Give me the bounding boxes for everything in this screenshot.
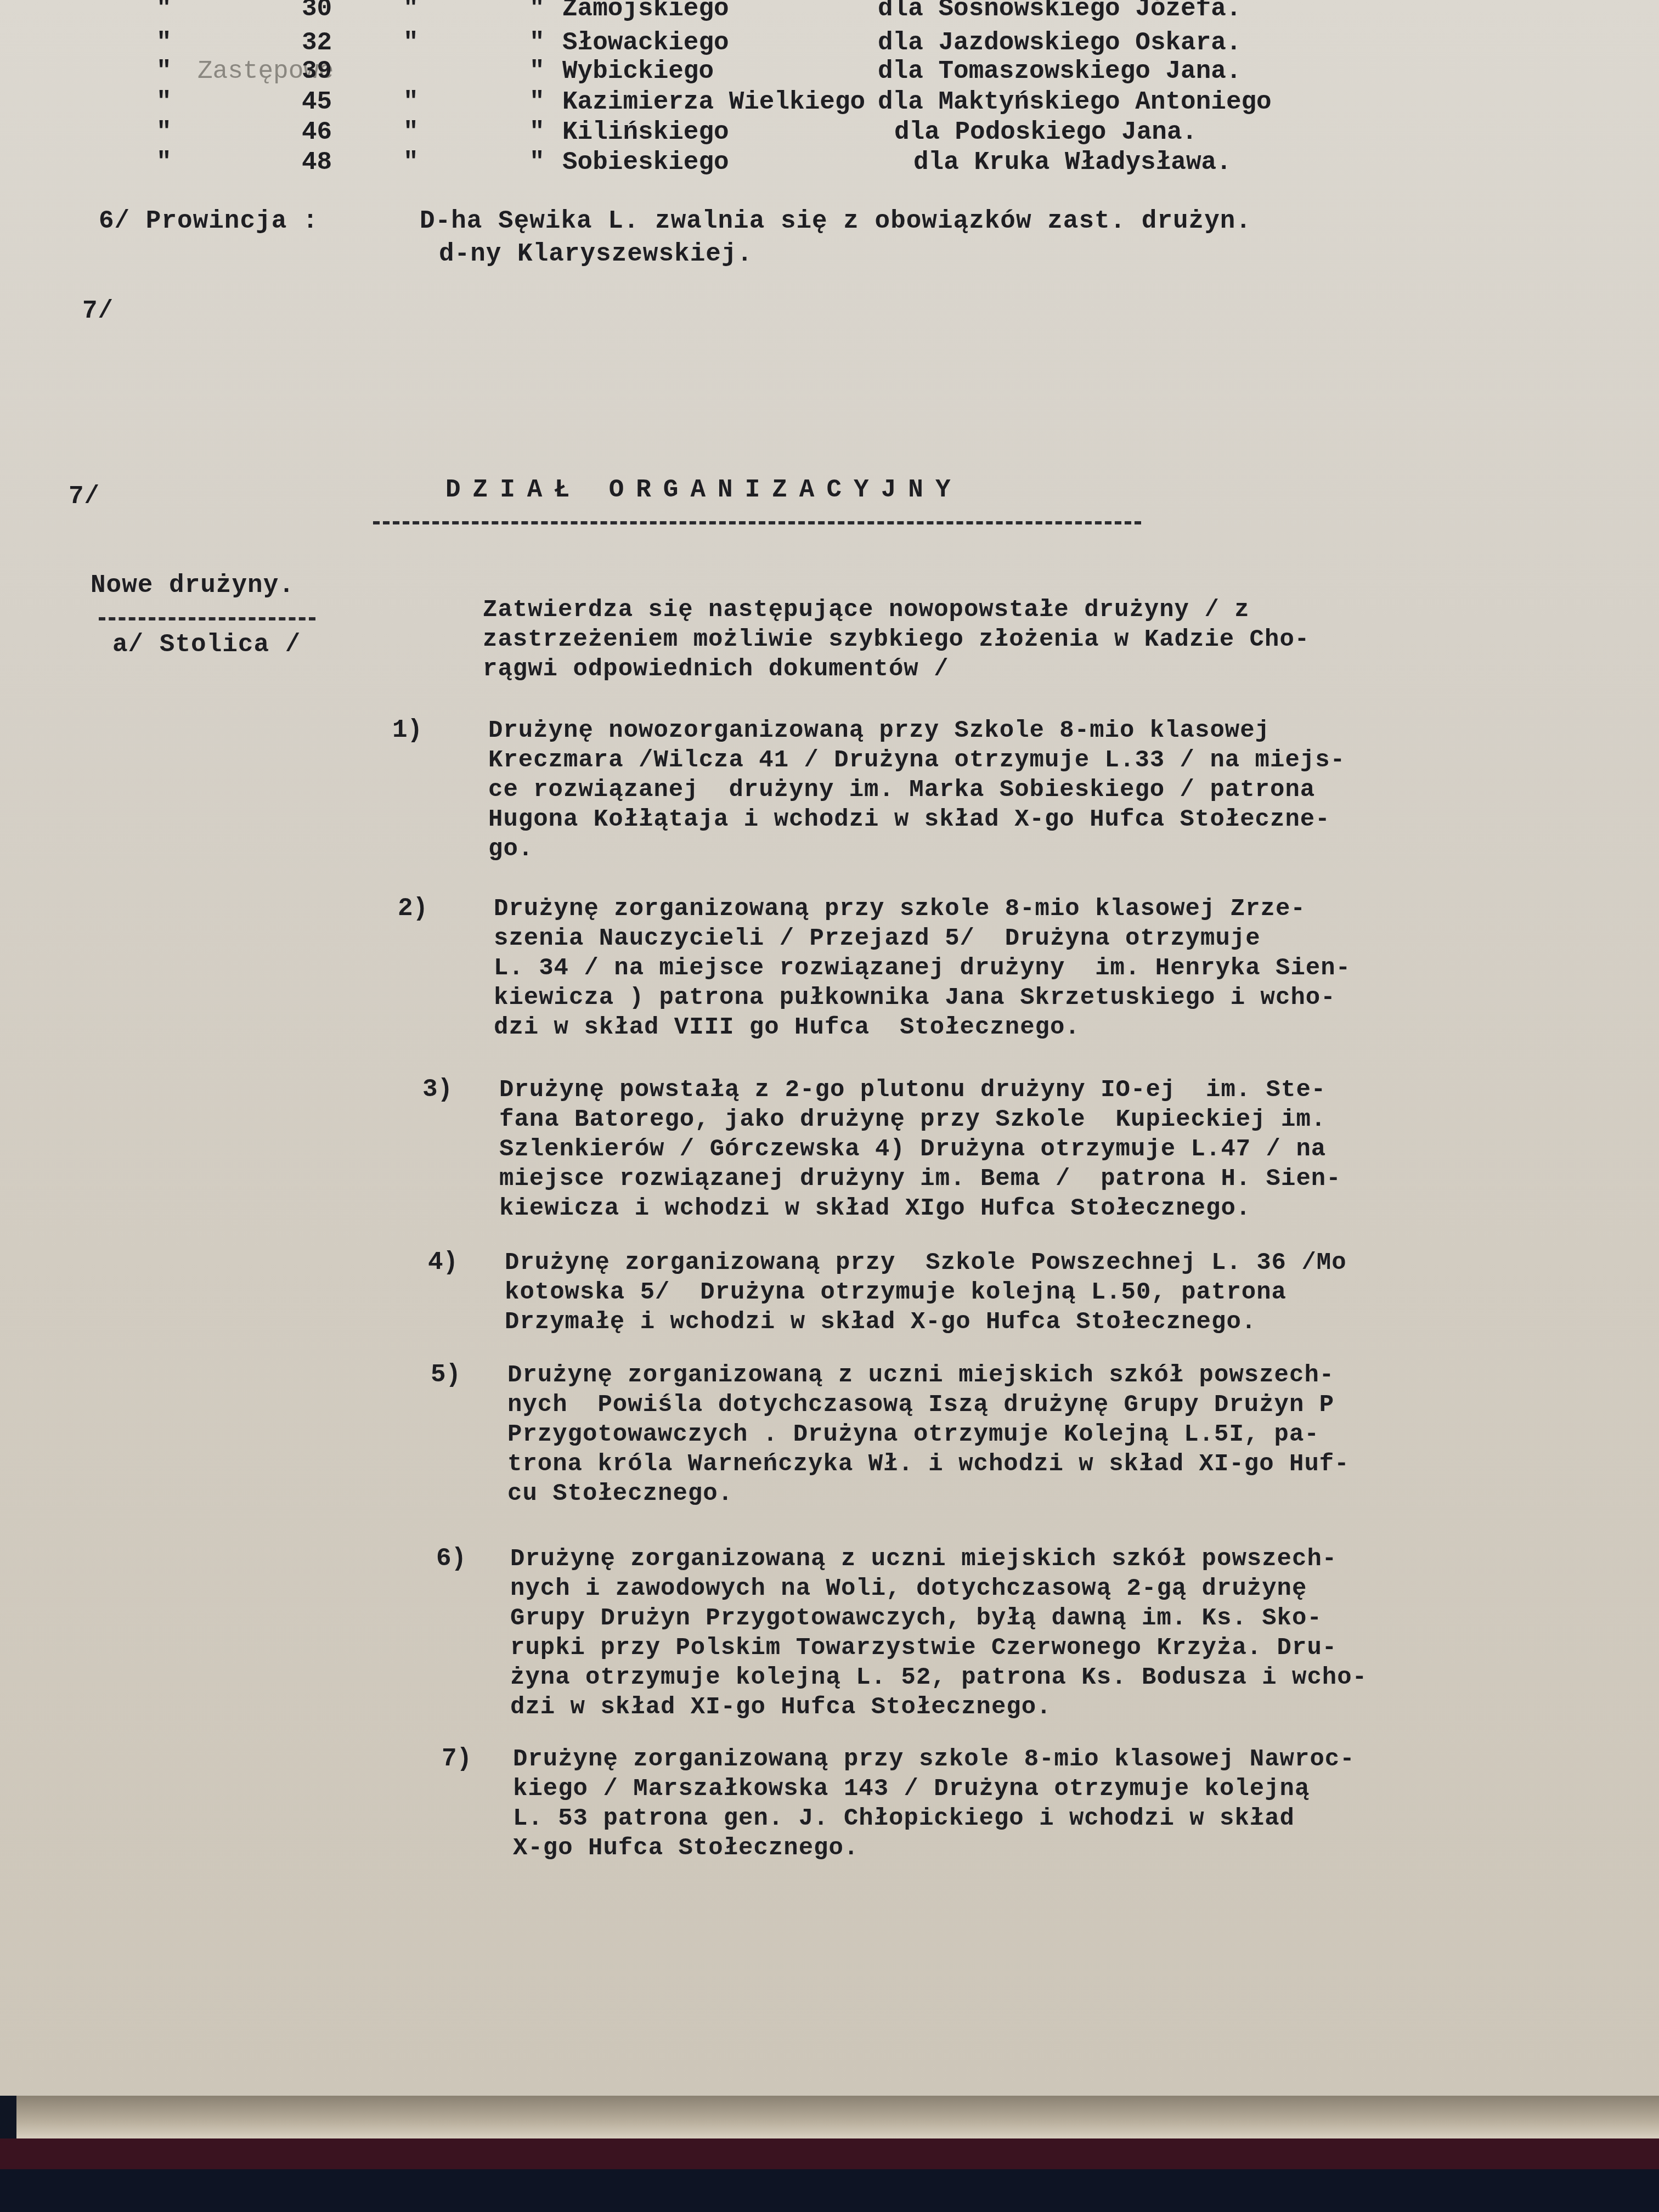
patron-name: Kilińskiego bbox=[562, 118, 729, 146]
item-line: Drużynę nowozorganizowaną przy Szkole 8-… bbox=[488, 716, 1345, 746]
patron-name: Kazimierza Wielkiego bbox=[562, 88, 865, 116]
assignment-text: dla Sosnowskiego Józefa. bbox=[878, 0, 1242, 23]
item-number: 4) bbox=[428, 1248, 458, 1277]
ditto-mark: " bbox=[156, 0, 172, 23]
list-row: " Zastępowe 39 " Wybickiego dla Tomaszow… bbox=[0, 57, 1659, 87]
ditto-mark: " bbox=[156, 57, 172, 86]
ditto-mark: " bbox=[529, 0, 545, 23]
item-line: trona króla Warneńczyka Wł. i wchodzi w … bbox=[507, 1449, 1350, 1479]
patron-name: Zamojskiego bbox=[562, 0, 729, 23]
item-line: Drużynę zorganizowaną z uczni miejskich … bbox=[507, 1361, 1350, 1390]
item-line: L. 34 / na miejsce rozwiązanej drużyny i… bbox=[494, 953, 1351, 983]
margin-title-underline bbox=[99, 617, 315, 620]
item-line: kotowska 5/ Drużyna otrzymuje kolejną L.… bbox=[505, 1278, 1347, 1307]
assignment-text: dla Maktyńskiego Antoniego bbox=[878, 88, 1272, 116]
item-line: Przygotowawczych . Drużyna otrzymuje Kol… bbox=[507, 1420, 1350, 1449]
binder-cover-navy bbox=[0, 2169, 1659, 2212]
item-line: kiewicza i wchodzi w skład XIgo Hufca St… bbox=[499, 1194, 1341, 1223]
list-row: " 48 " " Sobieskiego dla Kruka Władysław… bbox=[0, 148, 1659, 178]
heading-underline bbox=[373, 521, 1141, 524]
item-line: L. 53 patrona gen. J. Chłopickiego i wch… bbox=[513, 1804, 1355, 1833]
patron-name: Wybickiego bbox=[562, 57, 714, 86]
section-6-line: D-ha Sęwika L. zwalnia się z obowiązków … bbox=[420, 206, 1251, 236]
list-row: " 30 " " Zamojskiego dla Sosnowskiego Jó… bbox=[0, 0, 1659, 24]
ditto-mark: " bbox=[156, 118, 172, 146]
item-line: Grupy Drużyn Przygotowawczych, byłą dawn… bbox=[510, 1604, 1367, 1633]
item-line: dzi w skład XI-go Hufca Stołecznego. bbox=[510, 1692, 1367, 1722]
ditto-mark: " bbox=[403, 118, 419, 146]
ditto-mark: " bbox=[529, 29, 545, 57]
item-number: 1) bbox=[392, 716, 422, 744]
margin-subtitle: a/ Stolica / bbox=[112, 630, 301, 659]
ditto-mark: " bbox=[403, 88, 419, 116]
item-line: go. bbox=[488, 834, 1345, 864]
section-6-label: 6/ Prowincja : bbox=[99, 206, 318, 236]
ditto-mark: " bbox=[156, 148, 172, 177]
list-row: " 46 " " Kilińskiego dla Podoskiego Jana… bbox=[0, 118, 1659, 148]
item-line: nych i zawodowych na Woli, dotychczasową… bbox=[510, 1574, 1367, 1604]
intro-line: Zatwierdza się następujące nowopowstałe … bbox=[483, 595, 1310, 625]
item-line: Drużynę zorganizowaną przy Szkole Powsze… bbox=[505, 1248, 1347, 1278]
item-line: Hugona Kołłątaja i wchodzi w skład X-go … bbox=[488, 805, 1345, 834]
ditto-mark: " bbox=[156, 88, 172, 116]
ditto-mark: " bbox=[403, 148, 419, 177]
item-line: miejsce rozwiązanej drużyny im. Bema / p… bbox=[499, 1164, 1341, 1194]
item-line: Drużynę zorganizowaną przy szkole 8-mio … bbox=[513, 1745, 1355, 1774]
item-line: żyna otrzymuje kolejną L. 52, patrona Ks… bbox=[510, 1663, 1367, 1692]
item-line: szenia Nauczycieli / Przejazd 5/ Drużyna… bbox=[494, 924, 1351, 953]
item-number: 7) bbox=[442, 1745, 472, 1773]
list-row: " 45 " " Kazimierza Wielkiego dla Maktyń… bbox=[0, 88, 1659, 117]
list-number: 30 bbox=[302, 0, 332, 23]
item-line: dzi w skład VIII go Hufca Stołecznego. bbox=[494, 1013, 1351, 1042]
item-number: 2) bbox=[398, 894, 428, 923]
assignment-text: dla Jazdowskiego Oskara. bbox=[878, 29, 1242, 57]
section-6-line: d-ny Klaryszewskiej. bbox=[439, 239, 753, 269]
margin-title: Nowe drużyny. bbox=[91, 571, 295, 600]
ditto-mark: " bbox=[403, 29, 419, 57]
list-number: 48 bbox=[302, 148, 332, 177]
assignment-text: dla Kruka Władysława. bbox=[913, 148, 1232, 177]
section-7-marker: 7/ bbox=[82, 296, 114, 326]
list-number: 45 bbox=[302, 88, 332, 116]
item-line: ce rozwiązanej drużyny im. Marka Sobiesk… bbox=[488, 775, 1345, 805]
item-line: fana Batorego, jako drużynę przy Szkole … bbox=[499, 1105, 1341, 1135]
underlying-page-edge bbox=[16, 2096, 1659, 2138]
ditto-mark: " bbox=[156, 29, 172, 57]
list-row: " 32 " " Słowackiego dla Jazdowskiego Os… bbox=[0, 29, 1659, 58]
patron-name: Sobieskiego bbox=[562, 148, 729, 177]
ditto-mark: " bbox=[529, 57, 545, 86]
ditto-mark: " bbox=[529, 148, 545, 177]
item-line: X-go Hufca Stołecznego. bbox=[513, 1833, 1355, 1863]
ditto-mark: " bbox=[529, 88, 545, 116]
item-number: 6) bbox=[436, 1544, 466, 1573]
section-7-marker-repeat: 7/ bbox=[69, 482, 100, 511]
item-number: 3) bbox=[422, 1075, 453, 1104]
patron-name: Słowackiego bbox=[562, 29, 729, 57]
section-heading: DZIAŁ ORGANIZACYJNY bbox=[445, 475, 963, 505]
item-line: Drużynę zorganizowaną z uczni miejskich … bbox=[510, 1544, 1367, 1574]
list-number: 39 bbox=[302, 57, 332, 86]
item-line: Drzymałę i wchodzi w skład X-go Hufca St… bbox=[505, 1307, 1347, 1337]
item-line: Szlenkierów / Górczewska 4) Drużyna otrz… bbox=[499, 1135, 1341, 1164]
item-number: 5) bbox=[431, 1361, 461, 1389]
list-number: 32 bbox=[302, 29, 332, 57]
item-line: kiego / Marszałkowska 143 / Drużyna otrz… bbox=[513, 1774, 1355, 1804]
intro-line: zastrzeżeniem możliwie szybkiego złożeni… bbox=[483, 625, 1310, 654]
binder-cover-red bbox=[0, 2138, 1659, 2169]
item-line: kiewicza ) patrona pułkownika Jana Skrze… bbox=[494, 983, 1351, 1013]
list-number: 46 bbox=[302, 118, 332, 146]
item-line: cu Stołecznego. bbox=[507, 1479, 1350, 1509]
item-line: Kreczmara /Wilcza 41 / Drużyna otrzymuje… bbox=[488, 746, 1345, 775]
intro-line: rągwi odpowiednich dokumentów / bbox=[483, 654, 1310, 684]
item-line: Drużynę zorganizowaną przy szkole 8-mio … bbox=[494, 894, 1351, 924]
assignment-text: dla Tomaszowskiego Jana. bbox=[878, 57, 1242, 86]
ditto-mark: " bbox=[529, 118, 545, 146]
item-line: nych Powiśla dotychczasową Iszą drużynę … bbox=[507, 1390, 1350, 1420]
item-line: Drużynę powstałą z 2-go plutonu drużyny … bbox=[499, 1075, 1341, 1105]
item-line: rupki przy Polskim Towarzystwie Czerwone… bbox=[510, 1633, 1367, 1663]
ditto-mark: " bbox=[403, 0, 419, 23]
assignment-text: dla Podoskiego Jana. bbox=[894, 118, 1197, 146]
